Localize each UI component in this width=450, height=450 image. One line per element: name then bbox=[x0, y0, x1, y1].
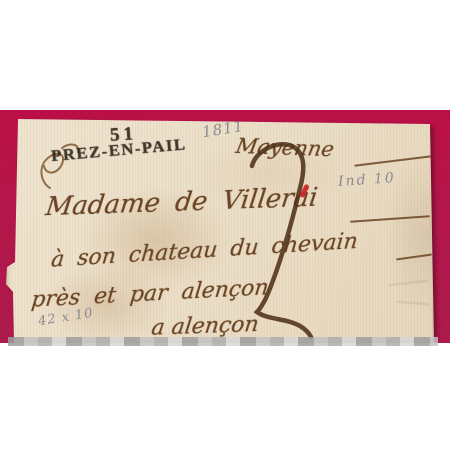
photo-edge-artifact bbox=[8, 337, 438, 346]
crimson-backdrop: 51 PREZ-EN-PAIL 1811 Ind 10 42 x 10 Maye… bbox=[0, 110, 450, 343]
pen-dash bbox=[350, 215, 430, 223]
folded-letter: 51 PREZ-EN-PAIL 1811 Ind 10 42 x 10 Maye… bbox=[6, 114, 438, 343]
letter-paper: 51 PREZ-EN-PAIL 1811 Ind 10 42 x 10 Maye… bbox=[6, 114, 438, 343]
showthrough-mark bbox=[388, 280, 428, 286]
postage-due-numeral bbox=[238, 136, 322, 343]
pen-dash bbox=[354, 155, 432, 166]
letter-photo: 51 PREZ-EN-PAIL 1811 Ind 10 42 x 10 Maye… bbox=[0, 0, 450, 450]
pencil-index-note: Ind 10 bbox=[338, 170, 397, 190]
showthrough-mark bbox=[396, 301, 430, 306]
pen-dash bbox=[396, 254, 432, 261]
manuscript-line-4: près et par alençon bbox=[30, 275, 270, 313]
